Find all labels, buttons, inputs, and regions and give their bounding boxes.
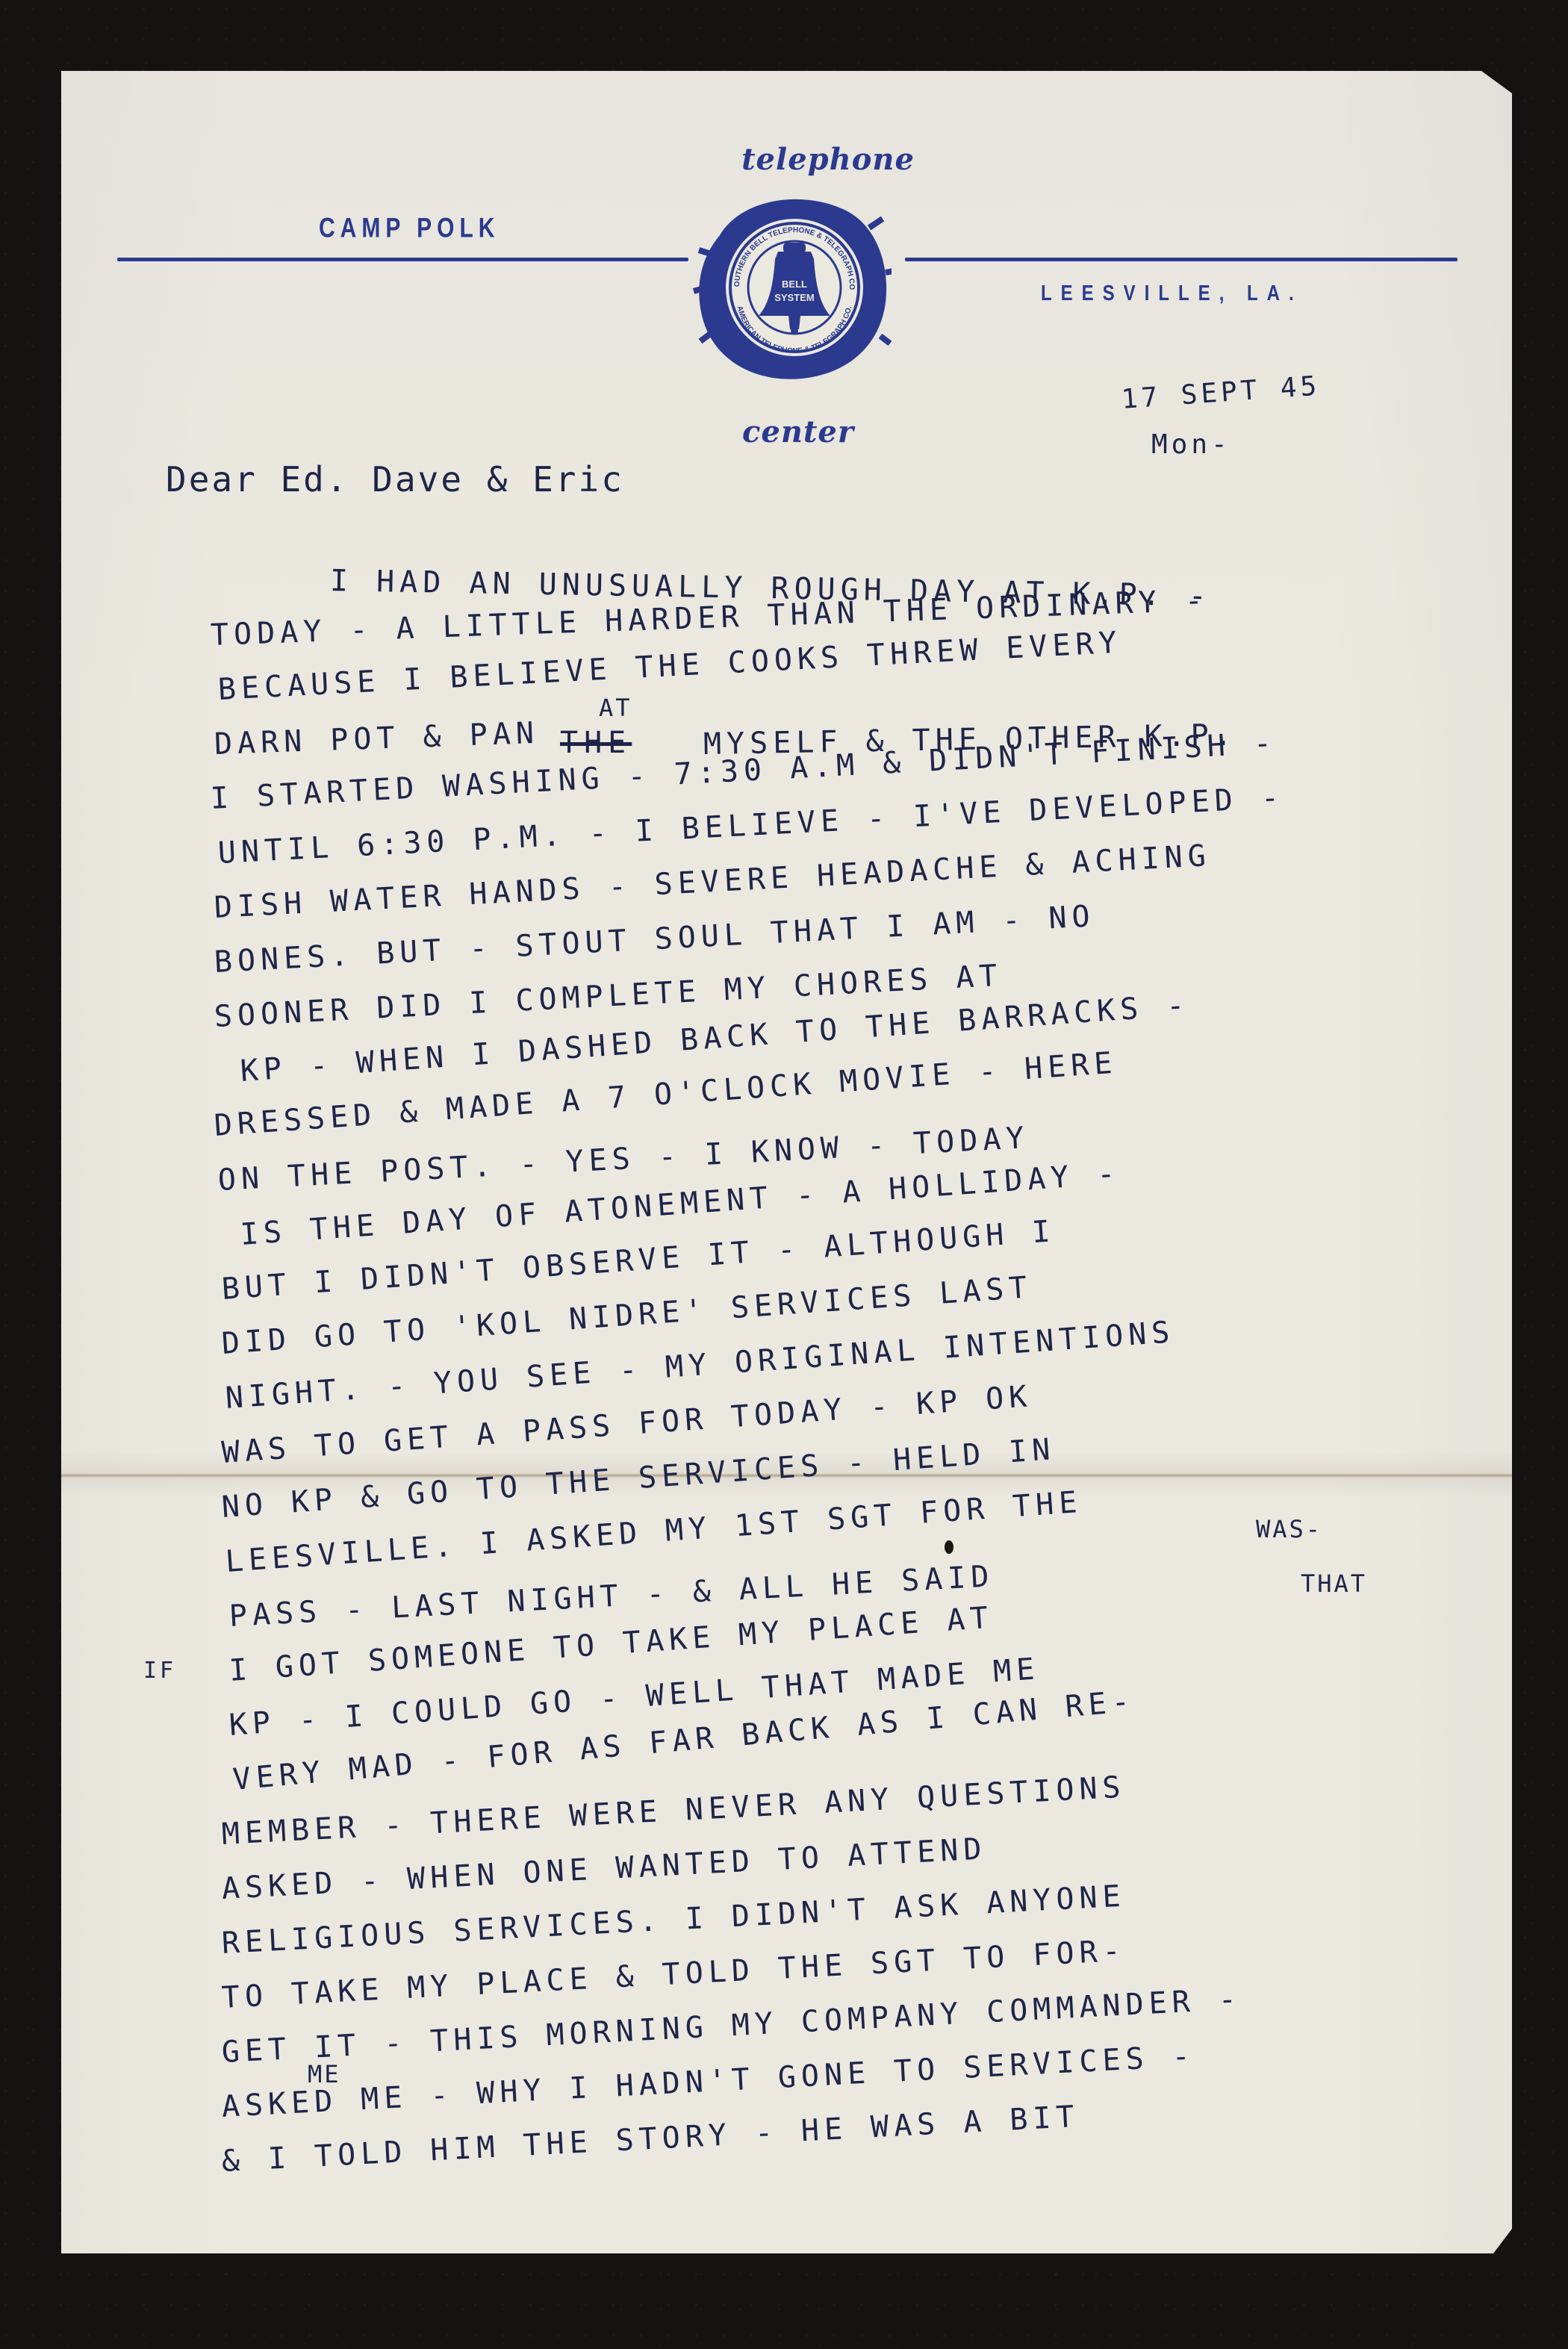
struck-word: THE [560,726,632,760]
bell-system-logo: telephone BELL SYSTEM SOUTHERN BELL TELE… [675,149,921,396]
logo-script-telephone: telephone [705,142,951,177]
svg-text:SYSTEM: SYSTEM [774,292,814,303]
bell-icon: BELL SYSTEM SOUTHERN BELL TELEPHONE & TE… [690,183,892,385]
ink-spot [945,1540,953,1554]
letter-sheet: CAMP POLK LEESVILLE, LA. telephone BELL … [61,71,1512,2253]
letter-date: 17 Sept 45 [1121,370,1322,415]
svg-text:BELL: BELL [782,279,807,290]
letter-day: Mon- [1151,429,1231,460]
inserted-word: AT [599,694,632,722]
inserted-word: WAS- [1256,1515,1322,1543]
letterhead-rule-right [905,258,1457,261]
letterhead-rule-left [117,258,688,261]
letter-salutation: Dear Ed. Dave & Eric [166,459,624,500]
letterhead-leesville: LEESVILLE, LA. [1041,281,1303,307]
letter-line: darn pot & pan [214,716,539,762]
inserted-word: THAT [1301,1569,1367,1598]
letterhead-camp-polk: CAMP POLK [319,213,500,245]
logo-script-center: center [675,414,921,449]
margin-note-if: IF [143,1658,176,1684]
inserted-word: ME [308,2060,341,2088]
